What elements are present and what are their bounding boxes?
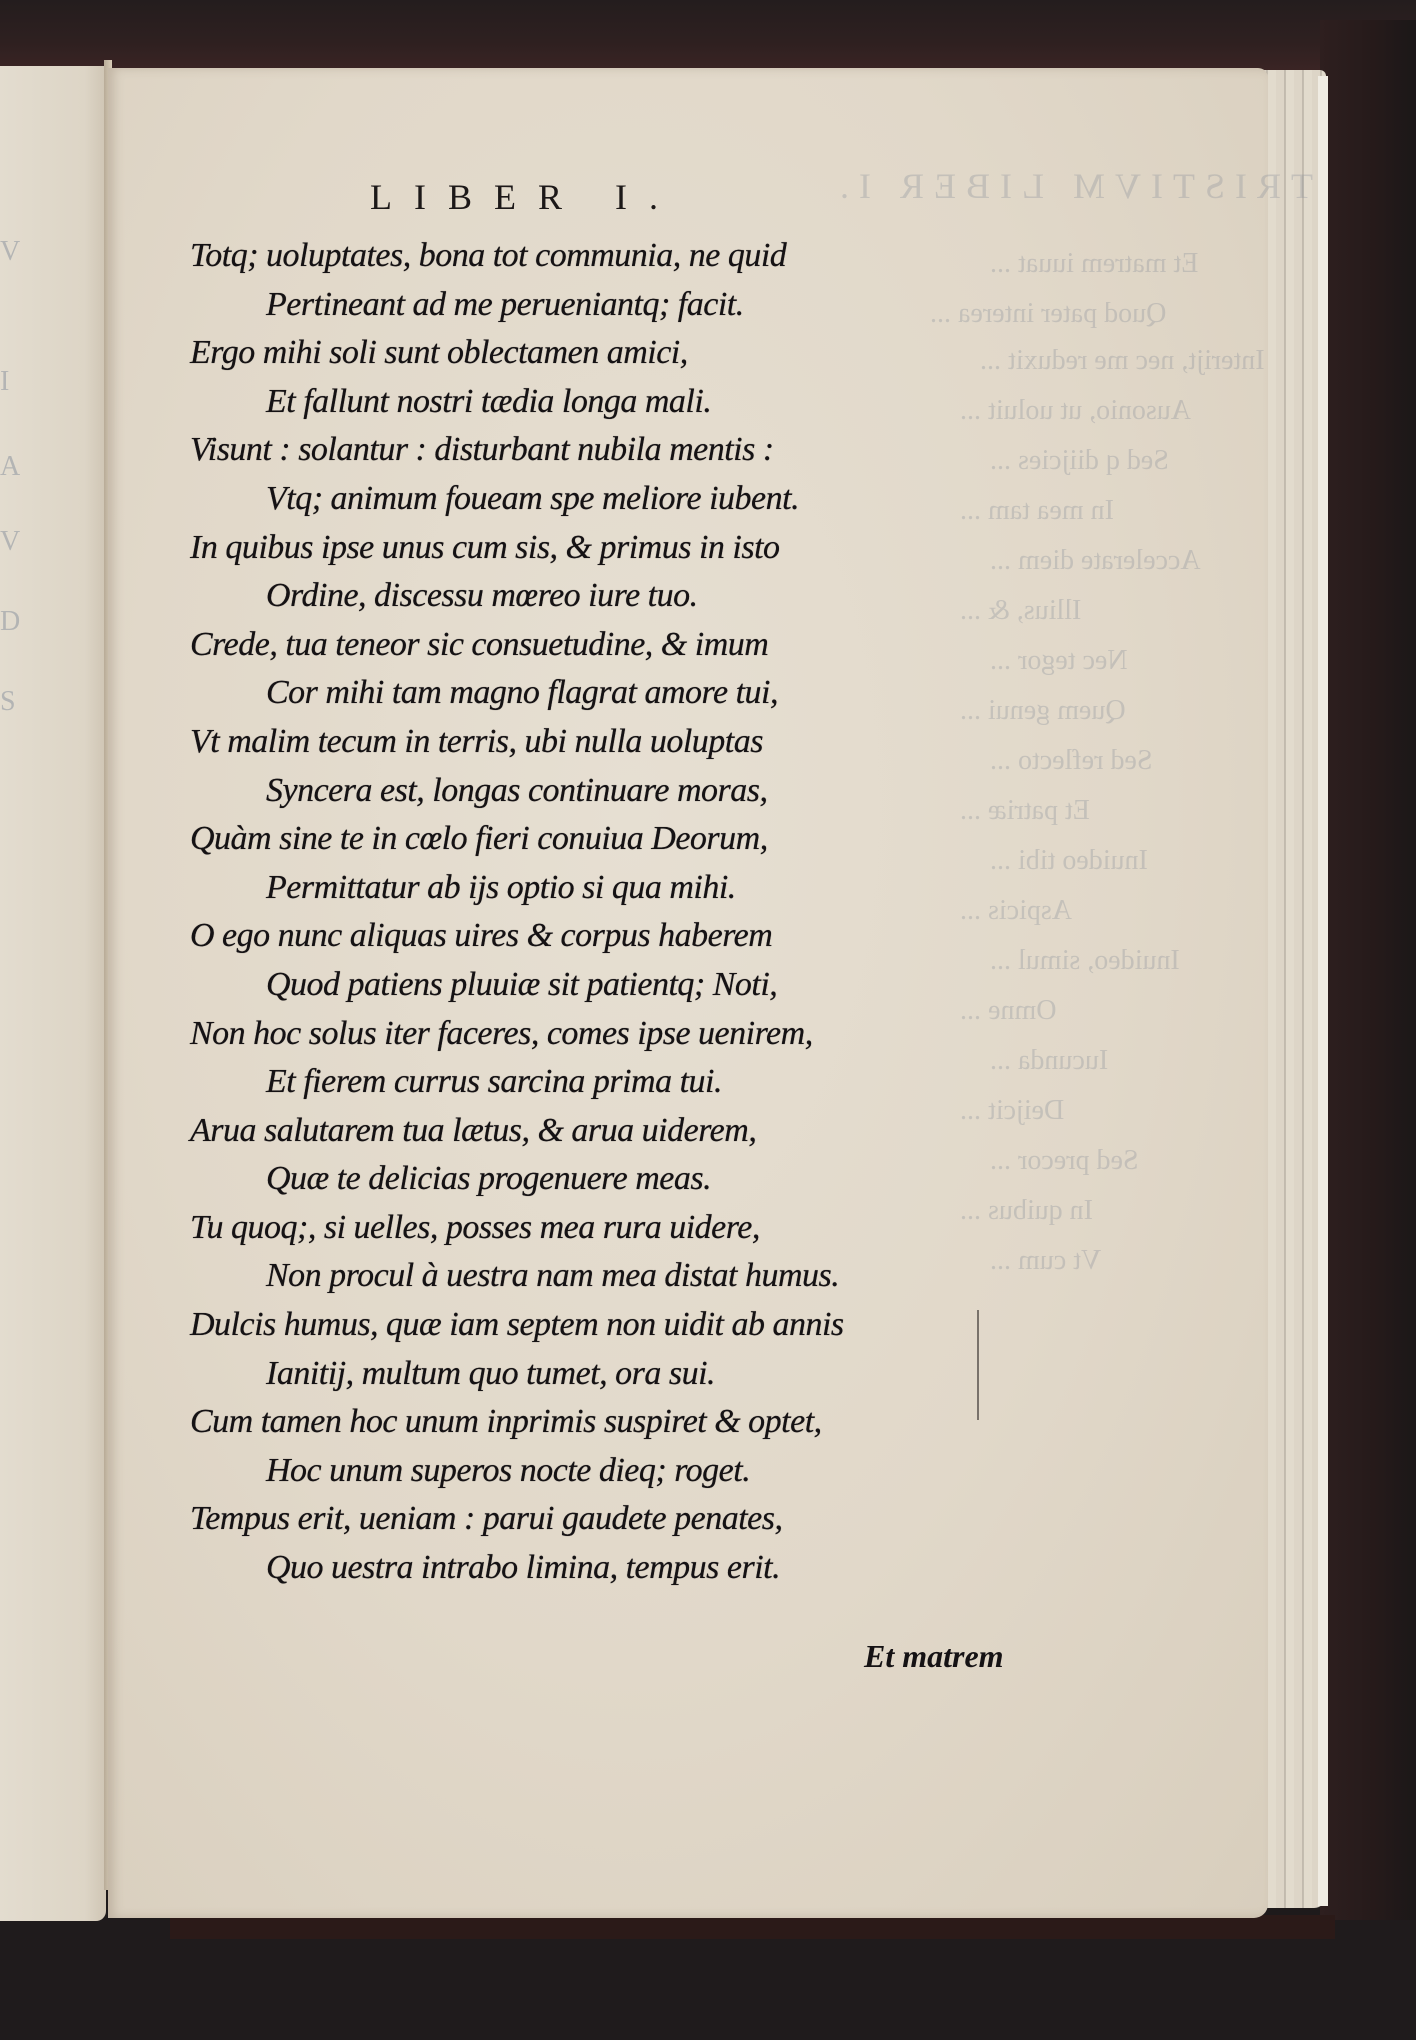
verse-line: In quibus ipse unus cum sis, & primus in… bbox=[190, 524, 1090, 573]
verse-list: Totq; uoluptates, bona tot communia, ne … bbox=[190, 232, 1090, 1593]
catchword: Et matrem bbox=[864, 1638, 1004, 1675]
verse-line: Vtq; animum foueam spe meliore iubent. bbox=[190, 475, 1090, 524]
verse-line: Totq; uoluptates, bona tot communia, ne … bbox=[190, 232, 1090, 281]
left-page-fragment: A bbox=[0, 451, 20, 483]
left-page-fragment: V bbox=[0, 236, 20, 268]
verse-line: Non hoc solus iter faceres, comes ipse u… bbox=[190, 1010, 1090, 1059]
verse-line: Non procul à uestra nam mea distat humus… bbox=[190, 1252, 1090, 1301]
left-page-fragment: D bbox=[0, 606, 20, 638]
verse-line: Syncera est, longas continuare moras, bbox=[190, 767, 1090, 816]
margin-mark bbox=[977, 1310, 979, 1420]
show-through-line: TRISTIVM LIBER I. bbox=[830, 165, 1313, 207]
verse-line: Vt malim tecum in terris, ubi nulla uolu… bbox=[190, 718, 1090, 767]
verse-line: Quæ te delicias progenuere meas. bbox=[190, 1155, 1090, 1204]
verse-line: Hoc unum superos nocte dieq; roget. bbox=[190, 1447, 1090, 1496]
verse-line: Cum tamen hoc unum inprimis suspiret & o… bbox=[190, 1398, 1090, 1447]
verse-line: Tu quoq;, si uelles, posses mea rura uid… bbox=[190, 1204, 1090, 1253]
book-cover-right bbox=[1320, 20, 1416, 1980]
verse-line: Pertineant ad me perueniantq; facit. bbox=[190, 281, 1090, 330]
verse-line: Cor mihi tam magno flagrat amore tui, bbox=[190, 669, 1090, 718]
verse-line: Et fallunt nostri tædia longa mali. bbox=[190, 378, 1090, 427]
book-cover-top bbox=[0, 0, 1416, 70]
left-page-verso: V I A V D S bbox=[0, 66, 106, 1921]
page-block-edge bbox=[1318, 76, 1328, 1906]
running-head: LIBER I. bbox=[370, 176, 680, 218]
verse-line: Ianitij, multum quo tumet, ora sui. bbox=[190, 1350, 1090, 1399]
verse-line: O ego nunc aliquas uires & corpus habere… bbox=[190, 912, 1090, 961]
verse-line: Ordine, discessu mœreo iure tuo. bbox=[190, 572, 1090, 621]
left-page-fragment: S bbox=[0, 686, 20, 718]
verse-line: Visunt : solantur : disturbant nubila me… bbox=[190, 426, 1090, 475]
verse-line: Quo uestra intrabo limina, tempus erit. bbox=[190, 1544, 1090, 1593]
verse-line: Tempus erit, ueniam : parui gaudete pena… bbox=[190, 1495, 1090, 1544]
verse-line: Ergo mihi soli sunt oblectamen amici, bbox=[190, 329, 1090, 378]
verse-line: Quàm sine te in cœlo fieri conuiua Deoru… bbox=[190, 815, 1090, 864]
left-page-fragment: I bbox=[0, 366, 20, 398]
verse-line: Dulcis humus, quæ iam septem non uidit a… bbox=[190, 1301, 1090, 1350]
left-page-fragment: V bbox=[0, 526, 20, 558]
verse-line: Crede, tua teneor sic consuetudine, & im… bbox=[190, 621, 1090, 670]
book-board-edge bbox=[170, 1915, 1335, 1939]
verse-line: Permittatur ab ijs optio si qua mihi. bbox=[190, 864, 1090, 913]
verse-line: Quod patiens pluuiæ sit patientq; Noti, bbox=[190, 961, 1090, 1010]
verse-line: Arua salutarem tua lætus, & arua uiderem… bbox=[190, 1107, 1090, 1156]
verse-line: Et fierem currus sarcina prima tui. bbox=[190, 1058, 1090, 1107]
